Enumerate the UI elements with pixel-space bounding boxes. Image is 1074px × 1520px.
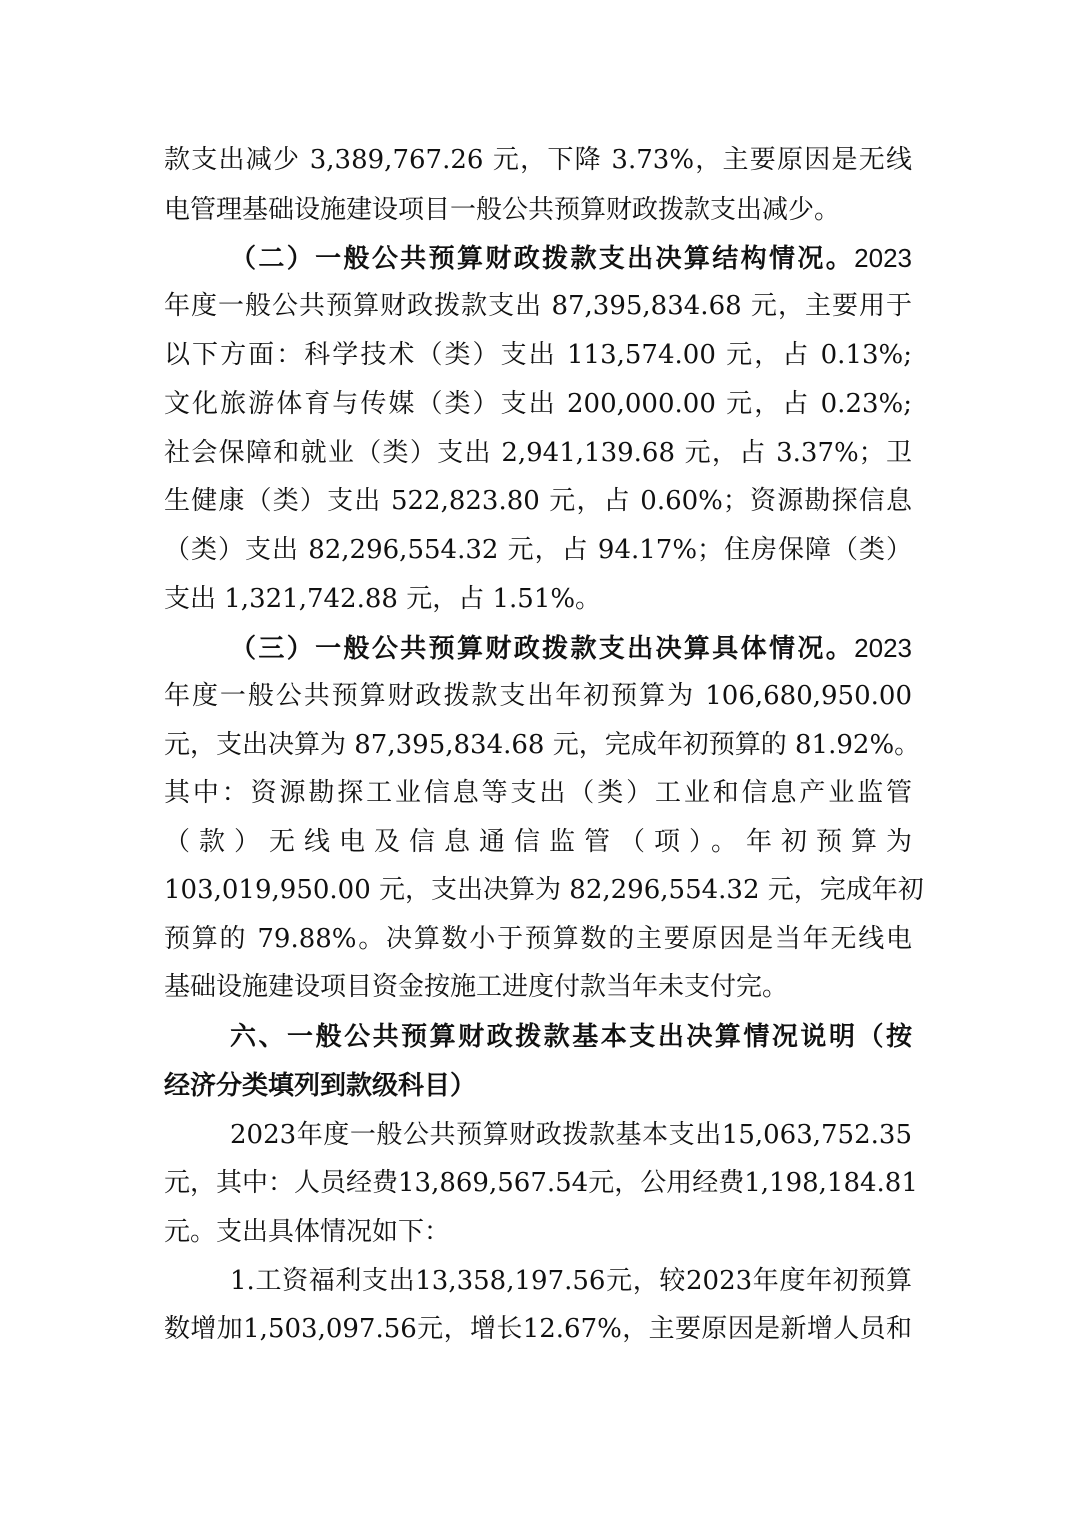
section-heading-6: 六、一般公共预算财政拨款基本支出决算情况说明（按 bbox=[230, 1017, 912, 1057]
text-line: 基础设施建设项目资金按施工进度付款当年未支付完。 bbox=[164, 967, 912, 1007]
section-heading-3: （三）一般公共预算财政拨款支出决算具体情况。2023 bbox=[230, 628, 912, 668]
text-line: 元。支出具体情况如下： bbox=[164, 1212, 912, 1252]
text-fragment: 2023 bbox=[854, 243, 912, 273]
text-line: 元，其中：人员经费13,869,567.54元，公用经费1,198,184.81 bbox=[164, 1163, 912, 1203]
text-line: 其中：资源勘探工业信息等支出（类）工业和信息产业监管 bbox=[164, 773, 912, 813]
text-line: 年度一般公共预算财政拨款支出 87,395,834.68 元，主要用于 bbox=[164, 286, 912, 326]
text-line: 文化旅游体育与传媒（类）支出 200,000.00 元，占 0.23%; bbox=[164, 384, 912, 424]
text-line: 生健康（类）支出 522,823.80 元，占 0.60%；资源勘探信息 bbox=[164, 481, 912, 521]
section-heading-6-cont: 经济分类填列到款级科目） bbox=[164, 1066, 912, 1106]
text-line: 数增加1,503,097.56元，增长12.67%，主要原因是新增人员和 bbox=[164, 1309, 912, 1349]
document-page: 款支出减少 3,389,767.26 元，下降 3.73%，主要原因是无线 电管… bbox=[0, 0, 1074, 1520]
text-line: （款）无线电及信息通信监管（项）。年初预算为 bbox=[164, 822, 912, 862]
text-line: （类）支出 82,296,554.32 元，占 94.17%；住房保障（类） bbox=[164, 530, 912, 570]
text-line: 103,019,950.00 元，支出决算为 82,296,554.32 元，完… bbox=[164, 870, 912, 910]
text-line: 年度一般公共预算财政拨款支出年初预算为 106,680,950.00 bbox=[164, 676, 912, 716]
section-heading-text: （二）一般公共预算财政拨款支出决算结构情况。 bbox=[230, 244, 854, 274]
text-line: 电管理基础设施建设项目一般公共预算财政拨款支出减少。 bbox=[164, 190, 912, 230]
text-line: 元，支出决算为 87,395,834.68 元，完成年初预算的 81.92%。 bbox=[164, 725, 912, 765]
text-line: 社会保障和就业（类）支出 2,941,139.68 元，占 3.37%；卫 bbox=[164, 433, 912, 473]
text-line: 支出 1,321,742.88 元，占 1.51%。 bbox=[164, 579, 912, 619]
list-item-1: 1.工资福利支出13,358,197.56元，较2023年度年初预算 bbox=[230, 1261, 912, 1301]
text-line: 预算的 79.88%。决算数小于预算数的主要原因是当年无线电 bbox=[164, 919, 912, 959]
text-line: 以下方面：科学技术（类）支出 113,574.00 元，占 0.13%; bbox=[164, 335, 912, 375]
text-line: 款支出减少 3,389,767.26 元，下降 3.73%，主要原因是无线 bbox=[164, 140, 912, 180]
section-heading-2: （二）一般公共预算财政拨款支出决算结构情况。2023 bbox=[230, 238, 912, 278]
text-fragment: 2023 bbox=[854, 633, 912, 663]
section-heading-text: （三）一般公共预算财政拨款支出决算具体情况。 bbox=[230, 634, 854, 664]
text-line: 2023年度一般公共预算财政拨款基本支出15,063,752.35 bbox=[230, 1115, 912, 1155]
